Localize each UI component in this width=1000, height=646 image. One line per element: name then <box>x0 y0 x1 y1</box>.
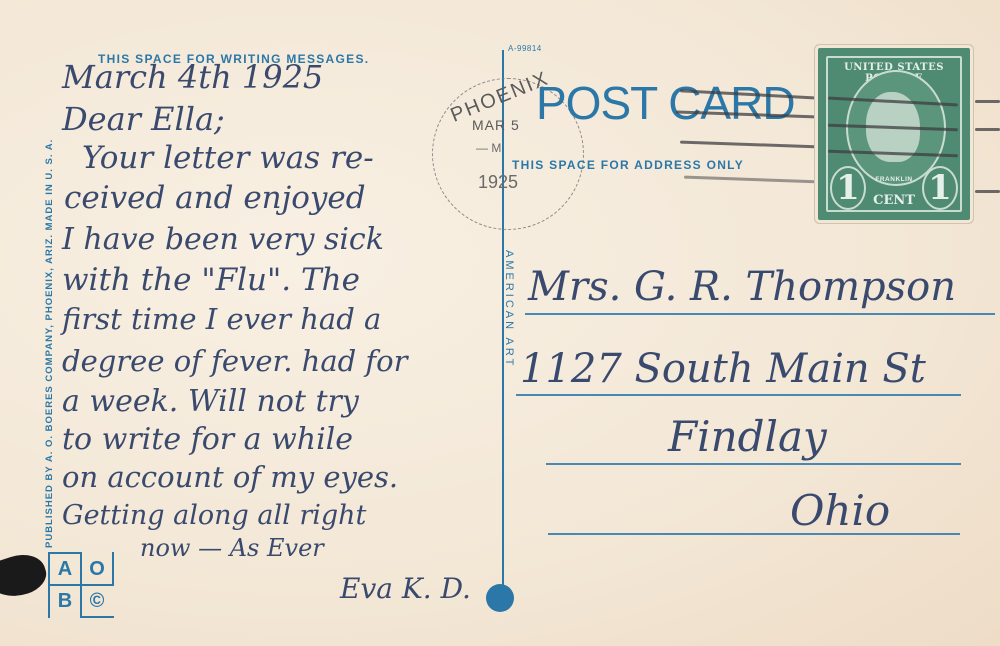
message-line: Your letter was re- <box>82 140 374 176</box>
message-line: to write for a while <box>62 422 353 457</box>
message-line: Getting along all right <box>62 500 366 531</box>
postage-stamp: UNITED STATES POSTAGE 1 1 FRANKLIN CENT <box>818 48 970 220</box>
postcard-title: POST CARD <box>536 76 795 130</box>
recipient-state: Ohio <box>790 486 890 535</box>
message-line: first time I ever had a <box>62 302 381 336</box>
message-line: on account of my eyes. <box>62 460 398 494</box>
cancellation-line <box>975 100 1000 103</box>
stock-number: A-99814 <box>508 44 542 53</box>
stamp-unit: CENT <box>862 193 926 208</box>
signature: Eva K. D. <box>340 572 471 605</box>
postmark-year: 1925 <box>478 172 518 193</box>
cancellation-line <box>975 190 1000 193</box>
address-rule <box>548 533 960 535</box>
logo-letter: B <box>50 586 80 616</box>
address-rule <box>546 463 961 465</box>
ink-stain <box>0 548 51 604</box>
cancellation-line <box>680 141 820 149</box>
address-space-header: THIS SPACE FOR ADDRESS ONLY <box>512 158 744 172</box>
address-rule <box>516 394 961 396</box>
message-line: with the "Flu". The <box>62 262 360 298</box>
logo-letter: O <box>82 554 112 584</box>
publisher-line: PUBLISHED BY A. O. BOERES COMPANY, PHOEN… <box>44 139 55 548</box>
stamp-portrait-name: FRANKLIN <box>866 176 922 183</box>
stamp-denomination-left: 1 <box>830 166 866 210</box>
cancellation-line <box>684 176 820 184</box>
message-line: now — As Ever <box>140 534 324 562</box>
message-line: ceived and enjoyed <box>64 180 366 216</box>
message-line: degree of fever. had for <box>62 344 407 378</box>
address-rule <box>525 313 995 315</box>
recipient-street: 1127 South Main St <box>520 346 926 392</box>
postmark-time: — M <box>476 141 501 155</box>
message-line: I have been very sick <box>62 222 384 257</box>
recipient-city: Findlay <box>668 412 827 461</box>
message-line: a week. Will not try <box>62 384 359 419</box>
logo-letter: A <box>50 554 80 584</box>
postmark-date: MAR 5 <box>472 117 520 133</box>
stamp-denomination-right: 1 <box>922 166 958 210</box>
divider-text: AMERICAN ART <box>503 250 515 368</box>
postcard-back: THIS SPACE FOR WRITING MESSAGES. PUBLISH… <box>0 0 1000 646</box>
logo-letter: © <box>82 586 112 616</box>
message-line: March 4th 1925 <box>62 58 323 96</box>
publisher-logo: A O B © <box>48 552 114 618</box>
cancellation-line <box>975 128 1000 131</box>
recipient-name: Mrs. G. R. Thompson <box>528 264 956 310</box>
message-line: Dear Ella; <box>62 100 225 138</box>
publisher-seal-icon <box>486 584 514 612</box>
